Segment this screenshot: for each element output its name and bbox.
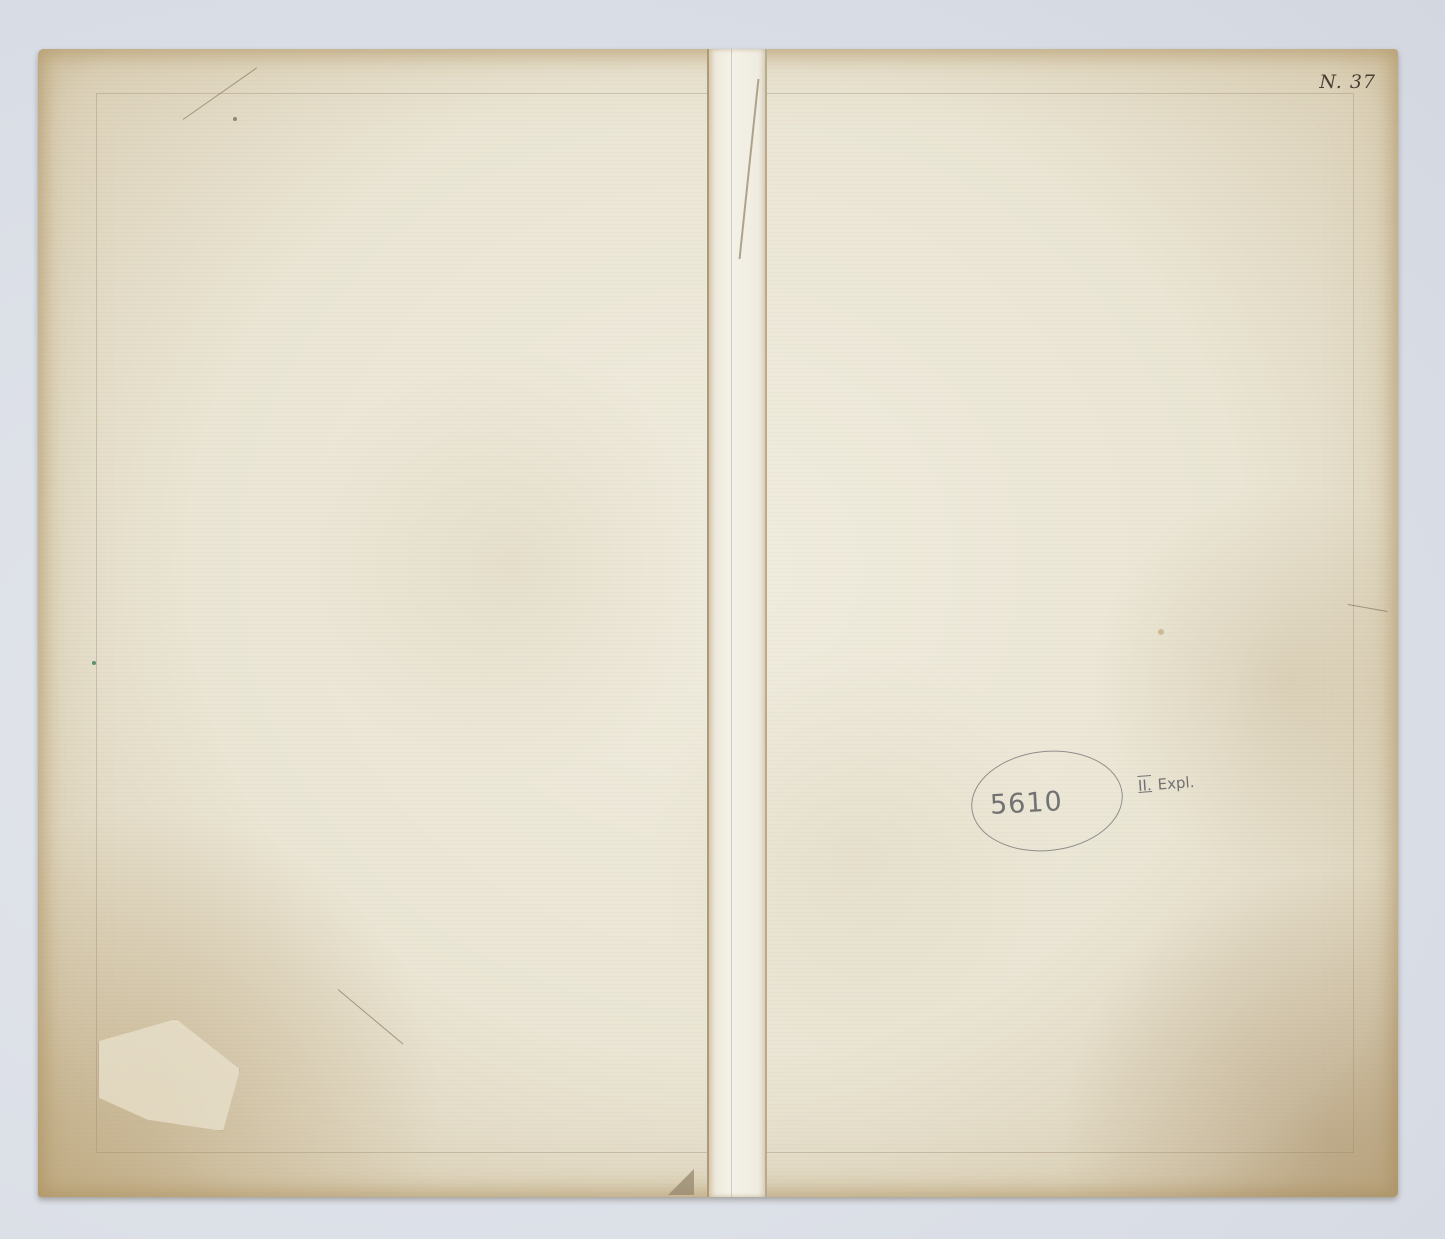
- paper-crack: [183, 67, 257, 119]
- inventory-number: 5610: [989, 786, 1063, 821]
- paper-crack: [1348, 604, 1388, 612]
- plate-number-notation: N. 37: [1319, 71, 1376, 93]
- exemplar-roman-numeral: II.: [1137, 776, 1152, 795]
- corner-fragment: [668, 1169, 694, 1195]
- photo-scene: N. 37 5610 II.Expl.: [0, 0, 1445, 1239]
- repair-patch: [98, 1019, 240, 1131]
- paper-crack: [338, 989, 404, 1044]
- exemplar-note: II.Expl.: [1137, 773, 1195, 795]
- paper-sheet: N. 37 5610 II.Expl.: [38, 49, 1398, 1197]
- foxing-spot: [1158, 629, 1164, 635]
- ink-spot: [92, 661, 96, 665]
- ink-spot: [233, 117, 237, 121]
- exemplar-label: Expl.: [1157, 773, 1195, 794]
